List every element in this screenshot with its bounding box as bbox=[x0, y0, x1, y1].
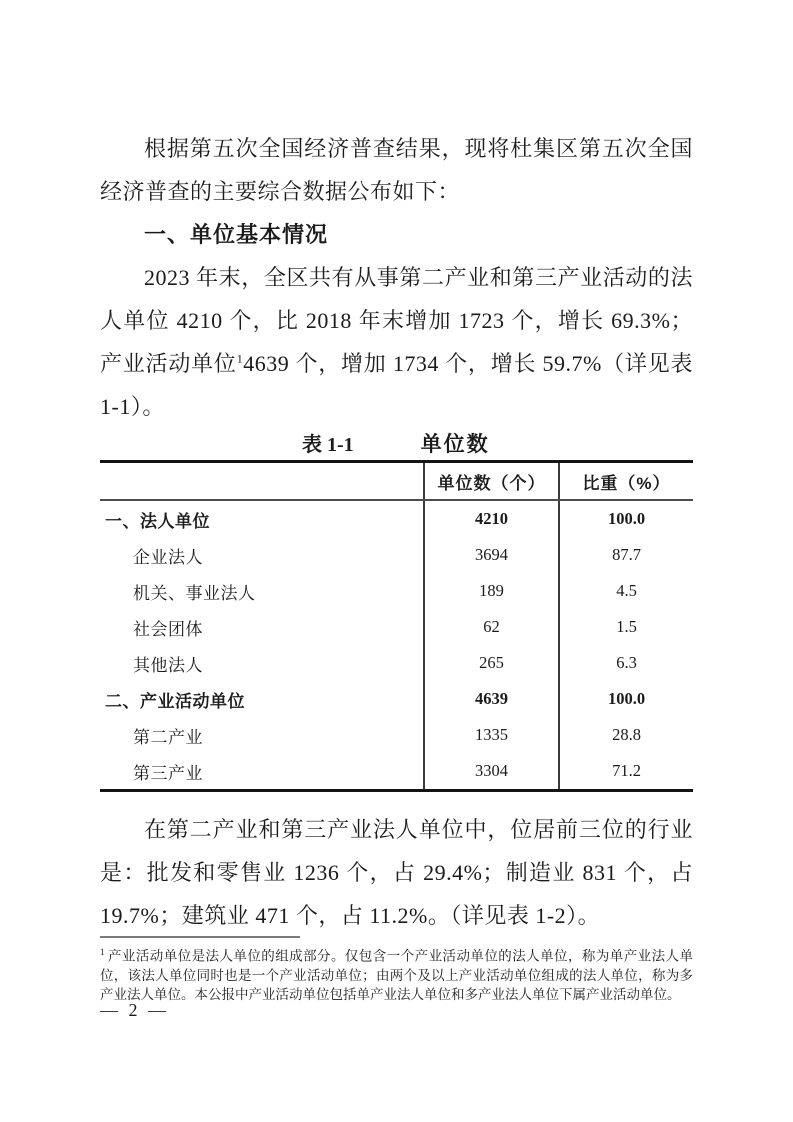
column-header-blank bbox=[100, 463, 423, 499]
table-header-row: 单位数（个） 比重（%） bbox=[100, 463, 693, 501]
row-label-cell: 社会团体 bbox=[100, 609, 423, 645]
table-row: 一、法人单位 4210 100.0 bbox=[100, 501, 693, 537]
footnote-text: 1产业活动单位是法人单位的组成部分。仅包含一个产业活动单位的法人单位，称为单产业… bbox=[100, 943, 693, 1004]
row-share-cell: 100.0 bbox=[558, 681, 693, 717]
intro-paragraph: 根据第五次全国经济普查结果，现将杜集区第五次全国经济普查的主要综合数据公布如下： bbox=[100, 127, 693, 213]
row-label-cell: 机关、事业法人 bbox=[100, 573, 423, 609]
row-share-cell: 6.3 bbox=[558, 645, 693, 681]
units-summary-paragraph: 2023 年末，全区共有从事第二产业和第三产业活动的法人单位 4210 个，比 … bbox=[100, 256, 693, 428]
table-body: 一、法人单位 4210 100.0 企业法人 3694 87.7 机关、事业法人… bbox=[100, 501, 693, 789]
row-label-cell: 一、法人单位 bbox=[100, 501, 423, 537]
table-row: 企业法人 3694 87.7 bbox=[100, 537, 693, 573]
row-label-cell: 第三产业 bbox=[100, 753, 423, 789]
row-share-cell: 4.5 bbox=[558, 573, 693, 609]
row-count-cell: 4639 bbox=[423, 681, 558, 717]
row-share-cell: 1.5 bbox=[558, 609, 693, 645]
footnote: 1产业活动单位是法人单位的组成部分。仅包含一个产业活动单位的法人单位，称为单产业… bbox=[100, 936, 693, 1004]
document-page: 根据第五次全国经济普查结果，现将杜集区第五次全国经济普查的主要综合数据公布如下：… bbox=[0, 0, 793, 1122]
table-caption: 表 1-1 单位数 bbox=[302, 430, 693, 460]
page-number: — 2 — bbox=[100, 1000, 169, 1021]
row-label-cell: 企业法人 bbox=[100, 537, 423, 573]
table-row: 机关、事业法人 189 4.5 bbox=[100, 573, 693, 609]
row-share-cell: 28.8 bbox=[558, 717, 693, 753]
table-row: 其他法人 265 6.3 bbox=[100, 645, 693, 681]
row-count-cell: 189 bbox=[423, 573, 558, 609]
row-label-cell: 二、产业活动单位 bbox=[100, 681, 423, 717]
row-share-cell: 71.2 bbox=[558, 753, 693, 789]
row-count-cell: 1335 bbox=[423, 717, 558, 753]
row-share-cell: 100.0 bbox=[558, 501, 693, 537]
table-caption-title: 单位数 bbox=[421, 430, 490, 460]
row-label-cell: 其他法人 bbox=[100, 645, 423, 681]
units-table: 单位数（个） 比重（%） 一、法人单位 4210 100.0 企业法人 3694… bbox=[100, 460, 693, 792]
industries-paragraph: 在第二产业和第三产业法人单位中，位居前三位的行业是：批发和零售业 1236 个，… bbox=[100, 808, 693, 937]
row-count-cell: 62 bbox=[423, 609, 558, 645]
section-heading: 一、单位基本情况 bbox=[144, 213, 693, 256]
column-header-share: 比重（%） bbox=[558, 463, 693, 499]
table-row: 第三产业 3304 71.2 bbox=[100, 753, 693, 789]
table-row: 二、产业活动单位 4639 100.0 bbox=[100, 681, 693, 717]
row-count-cell: 3694 bbox=[423, 537, 558, 573]
row-label-cell: 第二产业 bbox=[100, 717, 423, 753]
footnote-marker: 1 bbox=[100, 947, 105, 957]
table-row: 第二产业 1335 28.8 bbox=[100, 717, 693, 753]
row-share-cell: 87.7 bbox=[558, 537, 693, 573]
row-count-cell: 265 bbox=[423, 645, 558, 681]
row-count-cell: 4210 bbox=[423, 501, 558, 537]
footnote-body: 产业活动单位是法人单位的组成部分。仅包含一个产业活动单位的法人单位，称为单产业法… bbox=[100, 949, 693, 1002]
footnote-rule bbox=[100, 936, 300, 938]
page-content: 根据第五次全国经济普查结果，现将杜集区第五次全国经济普查的主要综合数据公布如下：… bbox=[100, 0, 693, 937]
column-header-count: 单位数（个） bbox=[423, 463, 558, 499]
table-row: 社会团体 62 1.5 bbox=[100, 609, 693, 645]
table-caption-label: 表 1-1 bbox=[302, 430, 354, 460]
row-count-cell: 3304 bbox=[423, 753, 558, 789]
